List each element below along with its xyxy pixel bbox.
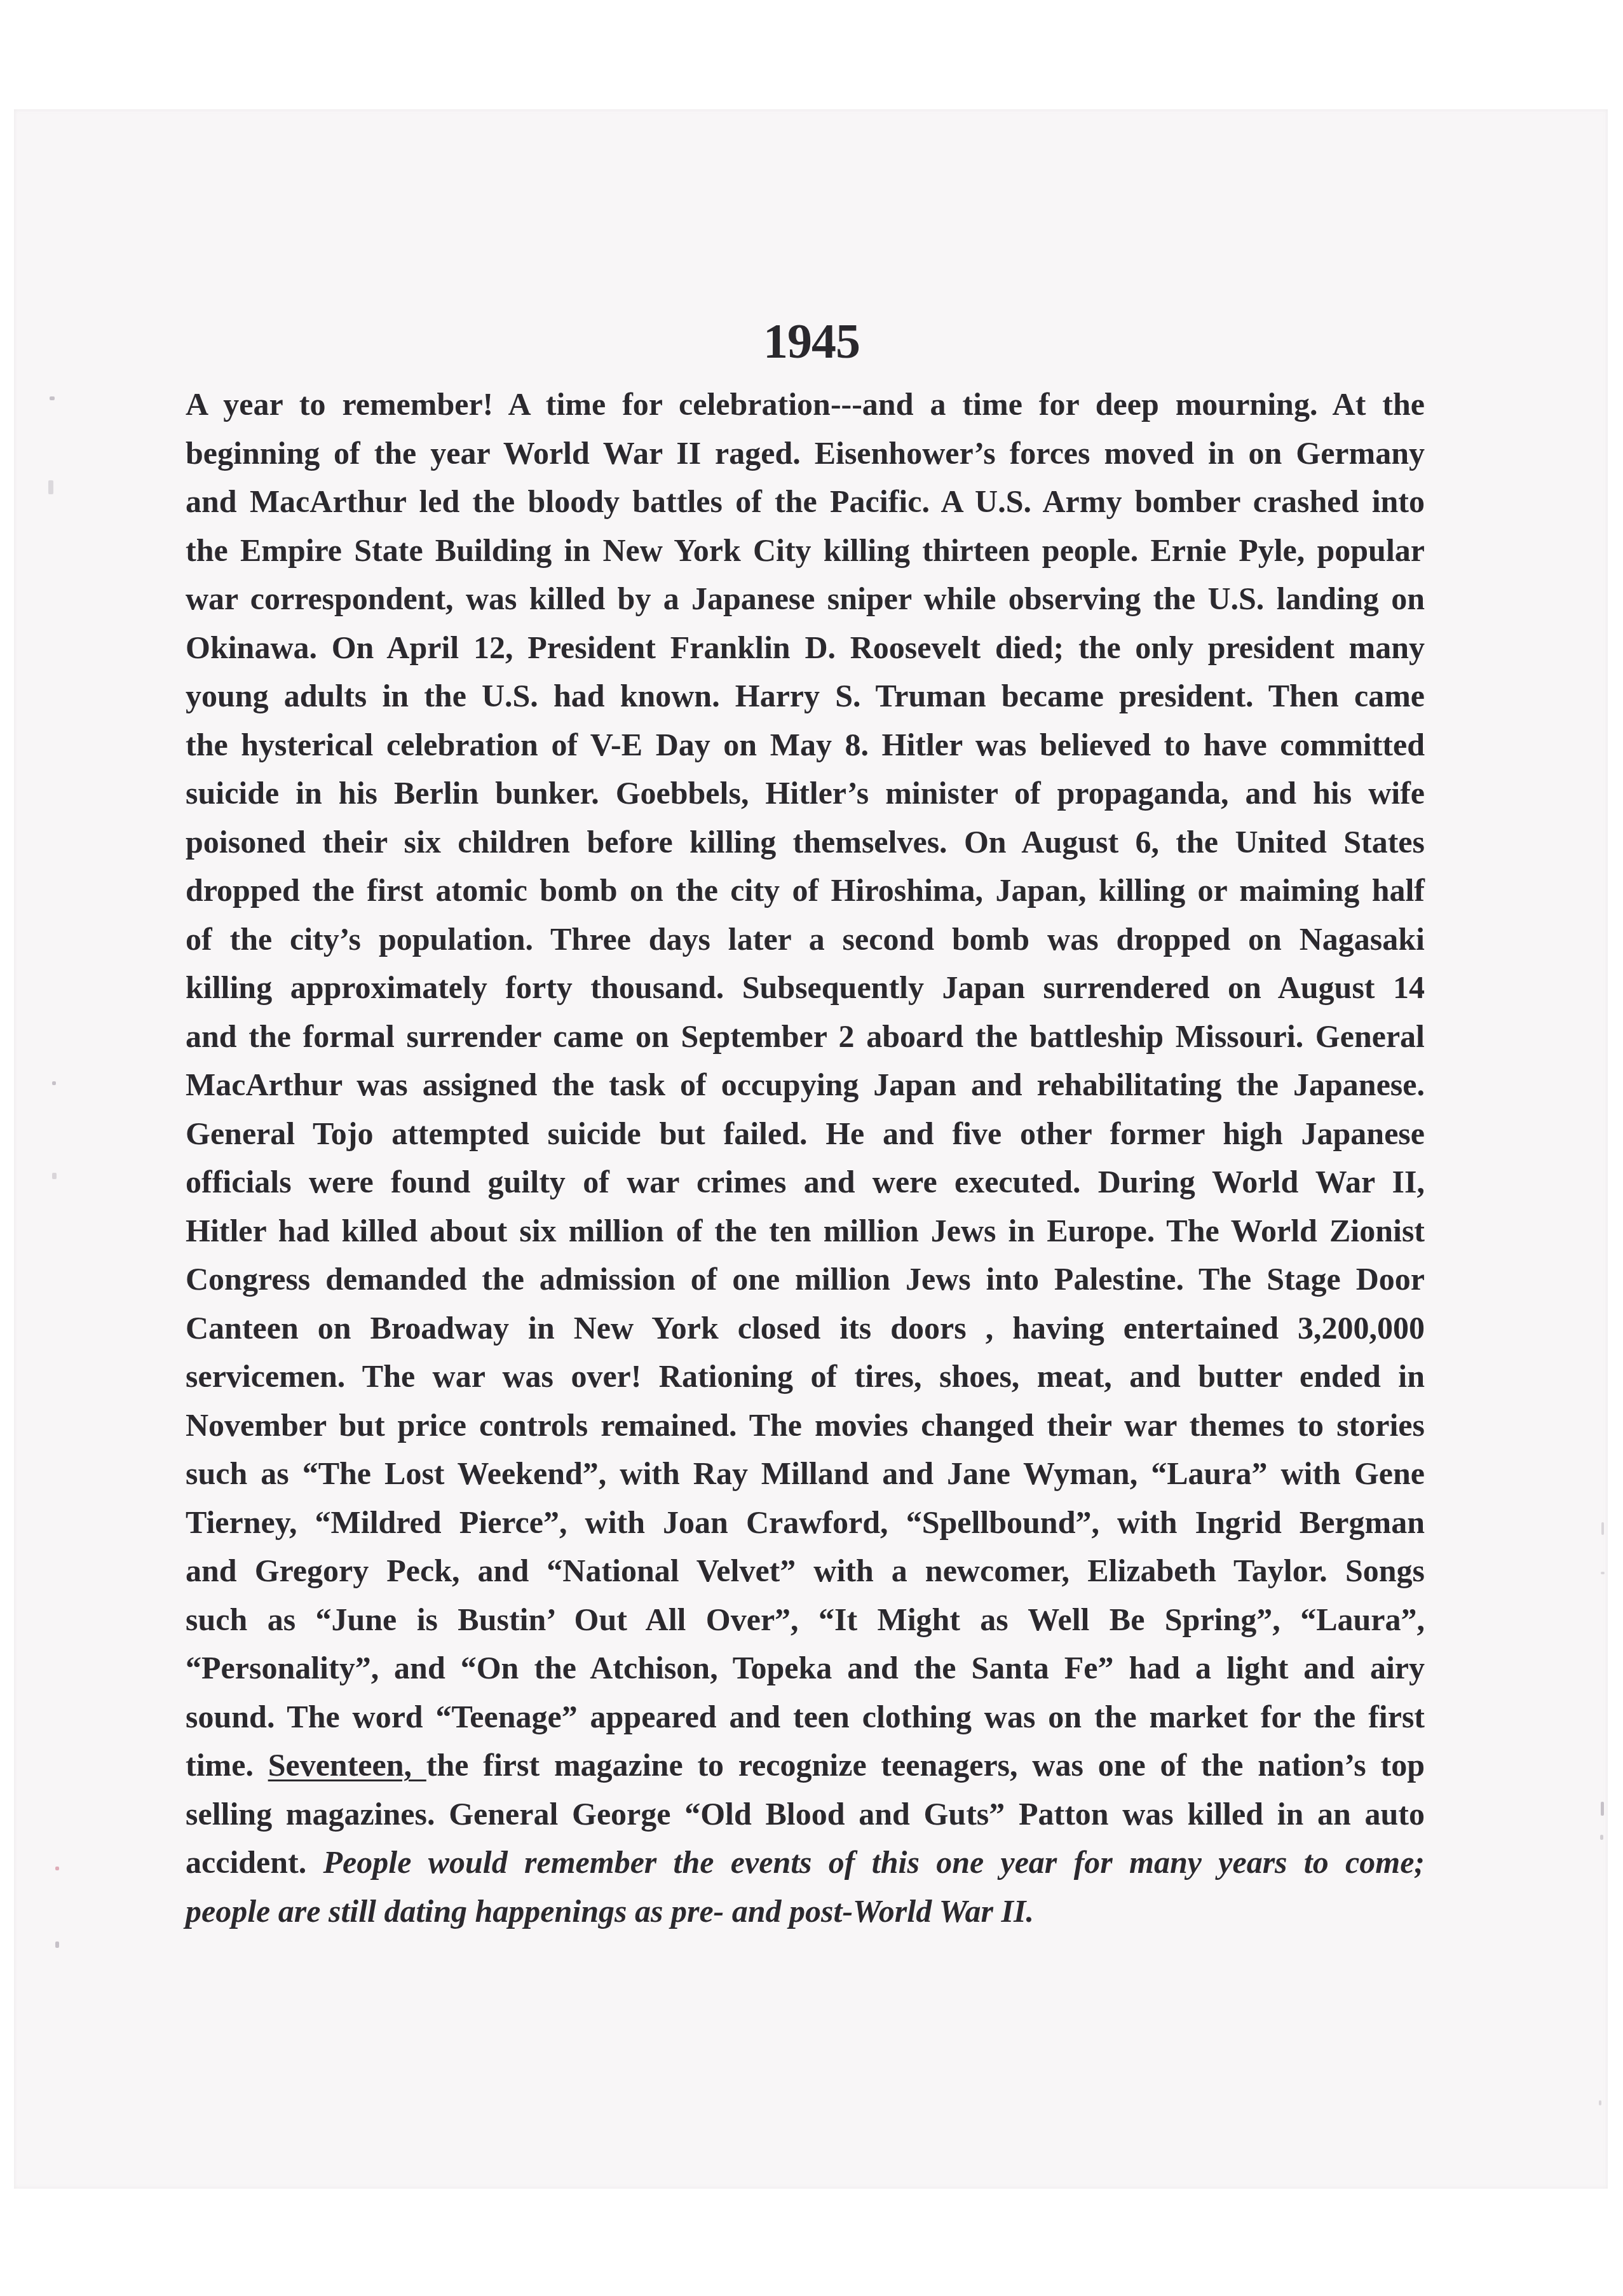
text-segment: young adults in the U.S. had known. Harr…: [186, 678, 1425, 713]
text-line: and MacArthur led the bloody battles of …: [186, 481, 1425, 530]
text-segment: beginning of the year World War II raged…: [186, 435, 1425, 471]
text-segment: servicemen. The war was over! Rationing …: [186, 1358, 1425, 1394]
text-line: of the city’s population. Three days lat…: [186, 919, 1425, 968]
text-segment: poisoned their six children before killi…: [186, 824, 1425, 860]
text-line: the Empire State Building in New York Ci…: [186, 530, 1425, 579]
text-line: accident. People would remember the even…: [186, 1842, 1425, 1891]
text-segment: such as “The Lost Weekend”, with Ray Mil…: [186, 1455, 1425, 1491]
text-line: young adults in the U.S. had known. Harr…: [186, 675, 1425, 724]
text-segment: time.: [186, 1747, 268, 1783]
text-line: Canteen on Broadway in New York closed i…: [186, 1307, 1425, 1356]
text-segment: and MacArthur led the bloody battles of …: [186, 483, 1425, 519]
text-line: November but price controls remained. Th…: [186, 1405, 1425, 1454]
text-line: “Personality”, and “On the Atchison, Top…: [186, 1647, 1425, 1696]
text-segment: accident.: [186, 1844, 323, 1880]
text-segment: selling magazines. General George “Old B…: [186, 1796, 1425, 1832]
text-segment: suicide in his Berlin bunker. Goebbels, …: [186, 775, 1425, 811]
text-line: selling magazines. General George “Old B…: [186, 1793, 1425, 1842]
text-segment: Tierney, “Mildred Pierce”, with Joan Cra…: [186, 1504, 1425, 1540]
text-segment: the hysterical celebration of V-E Day on…: [186, 727, 1425, 762]
text-line: the hysterical celebration of V-E Day on…: [186, 724, 1425, 773]
scan-speck: [1599, 2100, 1601, 2105]
scan-speck: [52, 1081, 56, 1085]
text-segment: Canteen on Broadway in New York closed i…: [186, 1310, 1425, 1346]
text-line: officials were found guilty of war crime…: [186, 1161, 1425, 1210]
text-segment: dropped the first atomic bomb on the cit…: [186, 872, 1425, 908]
scan-speck: [55, 1867, 59, 1870]
text-line: dropped the first atomic bomb on the cit…: [186, 870, 1425, 919]
scan-speck: [1601, 1572, 1605, 1574]
text-segment: the first magazine to recognize teenager…: [426, 1747, 1425, 1783]
text-segment: and the formal surrender came on Septemb…: [186, 1018, 1425, 1054]
text-line: people are still dating happenings as pr…: [186, 1891, 1425, 1940]
text-segment: and Gregory Peck, and “National Velvet” …: [186, 1553, 1425, 1588]
text-segment: “Personality”, and “On the Atchison, Top…: [186, 1650, 1425, 1685]
text-segment: MacArthur was assigned the task of occup…: [186, 1067, 1425, 1102]
text-segment: General Tojo attempted suicide but faile…: [186, 1116, 1425, 1151]
text-segment: A year to remember! A time for celebrati…: [186, 386, 1425, 422]
scan-speck: [1600, 1835, 1603, 1840]
scan-speck: [1601, 1802, 1604, 1816]
text-segment: Okinawa. On April 12, President Franklin…: [186, 630, 1425, 665]
underlined-title: Seventeen,: [268, 1747, 426, 1783]
scan-speck: [55, 1941, 59, 1948]
text-line: beginning of the year World War II raged…: [186, 433, 1425, 482]
text-line: war correspondent, was killed by a Japan…: [186, 578, 1425, 627]
text-line: time. Seventeen, the first magazine to r…: [186, 1745, 1425, 1793]
text-line: Hitler had killed about six million of t…: [186, 1210, 1425, 1259]
text-line: MacArthur was assigned the task of occup…: [186, 1064, 1425, 1113]
text-segment: November but price controls remained. Th…: [186, 1407, 1425, 1443]
text-line: killing approximately forty thousand. Su…: [186, 967, 1425, 1016]
text-segment: war correspondent, was killed by a Japan…: [186, 581, 1425, 616]
scan-speck: [48, 480, 53, 494]
text-segment: Hitler had killed about six million of t…: [186, 1213, 1425, 1248]
text-segment: killing approximately forty thousand. Su…: [186, 969, 1425, 1005]
text-line: A year to remember! A time for celebrati…: [186, 384, 1425, 433]
italic-text: People would remember the events of this…: [323, 1844, 1425, 1880]
scan-speck: [1601, 1522, 1604, 1535]
text-segment: the Empire State Building in New York Ci…: [186, 532, 1425, 568]
text-line: such as “The Lost Weekend”, with Ray Mil…: [186, 1453, 1425, 1502]
scan-speck: [52, 1173, 57, 1179]
text-segment: officials were found guilty of war crime…: [186, 1164, 1425, 1199]
body-paragraph: A year to remember! A time for celebrati…: [186, 384, 1425, 1939]
text-line: sound. The word “Teenage” appeared and t…: [186, 1696, 1425, 1745]
text-line: servicemen. The war was over! Rationing …: [186, 1356, 1425, 1405]
text-line: Congress demanded the admission of one m…: [186, 1259, 1425, 1307]
text-line: General Tojo attempted suicide but faile…: [186, 1113, 1425, 1162]
text-segment: sound. The word “Teenage” appeared and t…: [186, 1699, 1425, 1734]
text-line: suicide in his Berlin bunker. Goebbels, …: [186, 773, 1425, 821]
page-title: 1945: [0, 309, 1623, 373]
text-segment: Congress demanded the admission of one m…: [186, 1261, 1425, 1297]
text-line: poisoned their six children before killi…: [186, 821, 1425, 870]
text-line: and Gregory Peck, and “National Velvet” …: [186, 1550, 1425, 1599]
text-line: Okinawa. On April 12, President Franklin…: [186, 627, 1425, 676]
text-segment: such as “June is Bustin’ Out All Over”, …: [186, 1602, 1425, 1637]
scan-speck: [50, 396, 55, 400]
text-line: such as “June is Bustin’ Out All Over”, …: [186, 1599, 1425, 1648]
text-line: and the formal surrender came on Septemb…: [186, 1016, 1425, 1065]
italic-text: people are still dating happenings as pr…: [186, 1893, 1034, 1929]
text-line: Tierney, “Mildred Pierce”, with Joan Cra…: [186, 1502, 1425, 1551]
text-segment: of the city’s population. Three days lat…: [186, 921, 1425, 957]
